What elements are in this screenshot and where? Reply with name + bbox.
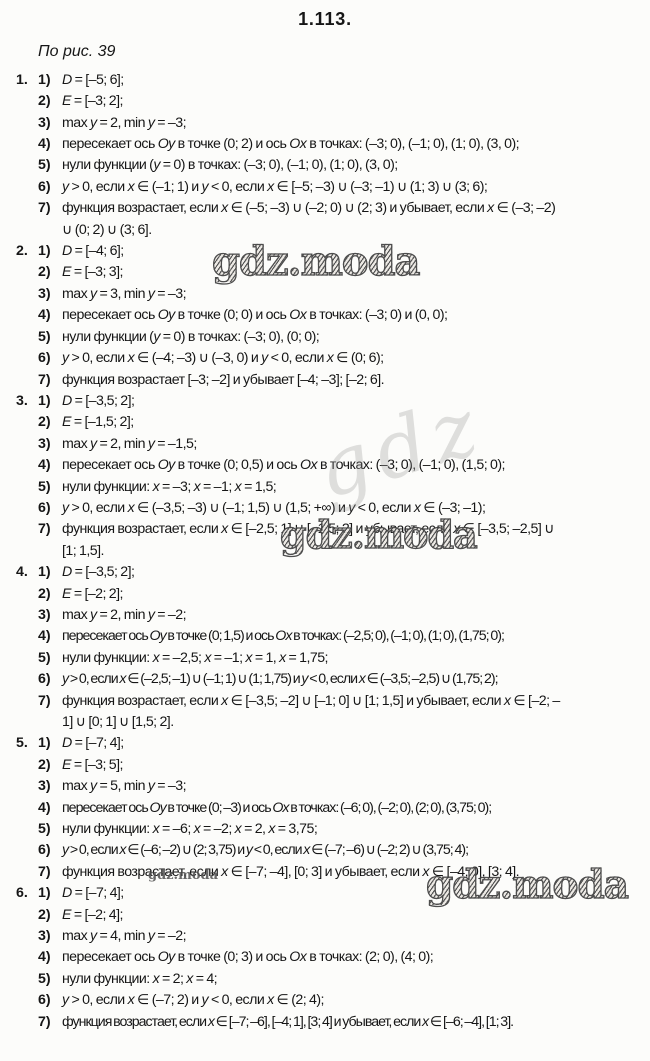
figure-reference: По рис. 39 — [38, 41, 650, 62]
item-text: y > 0, если x ∈ (–6; –2) ∪ (2; 3,75) и y… — [62, 842, 468, 858]
solution-item: 2)E = [–2; 2]; — [62, 584, 642, 605]
item-label: 3) — [38, 434, 51, 455]
exercise-number: 1.113. — [0, 0, 650, 30]
solution-item: 7)функция возрастает, если x ∈ (–5; –3) … — [62, 198, 567, 241]
item-text: E = [–3; 2]; — [62, 93, 123, 109]
item-text: пересекает ось Oy в точке (0; 3) и ось O… — [62, 949, 433, 965]
solution-item: 5)нули функции: x = –2,5; x = –1; x = 1,… — [62, 648, 642, 669]
problem-number: 5. — [16, 733, 28, 754]
solution-item: 4)пересекает ось Oy в точке (0; 0) и ось… — [62, 305, 642, 326]
item-label: 2) — [38, 412, 51, 433]
solution-item: 1)D = [–3,5; 2]; — [62, 562, 642, 583]
item-label: 6) — [38, 177, 51, 198]
solution-item: 7)функция возрастает, если x ∈ [–3,5; –2… — [62, 691, 567, 734]
problem-number: 6. — [16, 883, 28, 904]
item-label: 5) — [38, 327, 51, 348]
problem-number: 2. — [16, 241, 28, 262]
textbook-solution-page: 1.113. По рис. 39 1. 1)D = [–5; 6]; 2)E … — [0, 0, 650, 1061]
item-label: 6) — [38, 669, 51, 690]
item-label: 5) — [38, 819, 51, 840]
item-text: E = [–3; 5]; — [62, 757, 123, 773]
problem-number: 3. — [16, 391, 28, 412]
item-label: 4) — [38, 947, 51, 968]
item-text: max y = 2, min y = –1,5; — [62, 436, 197, 452]
solution-item: 1)D = [–3,5; 2]; — [62, 391, 642, 412]
problem-4: 4. 1)D = [–3,5; 2]; 2)E = [–2; 2]; 3)max… — [0, 562, 650, 733]
solution-item: 3)max y = 5, min y = –3; — [62, 776, 642, 797]
item-label: 1) — [38, 562, 51, 583]
solution-item: 7)функция возрастает [–3; –2] и убывает … — [62, 370, 642, 391]
item-text: max y = 5, min y = –3; — [62, 778, 186, 794]
item-label: 3) — [38, 113, 51, 134]
watermark-gdz-moda-bottom: gdz.moda — [426, 866, 628, 905]
solution-item: 3)max y = 2, min y = –2; — [62, 605, 642, 626]
solution-item: 3)max y = 2, min y = –3; — [62, 113, 642, 134]
item-text: пересекает ось Oy в точке (0; –3) и ось … — [62, 800, 491, 816]
item-text: D = [–7; 4]; — [62, 885, 124, 901]
item-label: 6) — [38, 840, 51, 861]
problem-1: 1. 1)D = [–5; 6]; 2)E = [–3; 2]; 3)max y… — [0, 70, 650, 241]
item-text: функция возрастает, если x ∈ [–3,5; –2] … — [62, 693, 560, 730]
solution-item: 6)y > 0, если x ∈ (–1; 1) и y < 0, если … — [62, 177, 642, 198]
item-text: max y = 2, min y = –2; — [62, 607, 186, 623]
item-text: пересекает ось Oy в точке (0; 2) и ось O… — [62, 136, 519, 152]
solution-item: 4)пересекает ось Oy в точке (0; 1,5) и о… — [62, 626, 642, 647]
item-label: 4) — [38, 626, 51, 647]
item-label: 4) — [38, 455, 51, 476]
item-text: функция возрастает [–3; –2] и убывает [–… — [62, 372, 384, 388]
item-text: E = [–2; 4]; — [62, 907, 123, 923]
item-text: D = [–4; 6]; — [62, 243, 124, 259]
solution-item: 6)y > 0, если x ∈ (–7; 2) и y < 0, если … — [62, 990, 642, 1011]
solution-item: 3)max y = 3, min y = –3; — [62, 284, 642, 305]
item-text: max y = 3, min y = –3; — [62, 286, 186, 302]
watermark-gdz-moda-middle: gdz.moda — [280, 516, 477, 554]
item-text: нули функции (y = 0) в точках: (–3; 0), … — [62, 329, 319, 345]
item-text: max y = 2, min y = –3; — [62, 115, 186, 131]
item-label: 7) — [38, 691, 51, 712]
item-label: 4) — [38, 134, 51, 155]
solution-item: 3)max y = 4, min y = –2; — [62, 926, 642, 947]
solution-item: 2)E = [–3; 5]; — [62, 755, 642, 776]
solution-item: 6)y > 0, если x ∈ (–2,5; –1) ∪ (–1; 1) ∪… — [62, 669, 642, 690]
item-text: нули функции: x = –2,5; x = –1; x = 1, x… — [62, 650, 328, 666]
item-label: 5) — [38, 477, 51, 498]
problem-number: 1. — [16, 70, 28, 91]
solution-item: 5)нули функции: x = 2; x = 4; — [62, 969, 642, 990]
item-label: 1) — [38, 241, 51, 262]
item-label: 5) — [38, 155, 51, 176]
item-text: нули функции: x = –3; x = –1; x = 1,5; — [62, 479, 276, 495]
solution-item: 5)нули функции (y = 0) в точках: (–3; 0)… — [62, 327, 642, 348]
item-text: E = [–3; 3]; — [62, 264, 123, 280]
solution-item: 1)D = [–5; 6]; — [62, 70, 642, 91]
watermark-gdz-moda-top: gdz.moda — [212, 242, 419, 282]
item-label: 2) — [38, 755, 51, 776]
item-label: 7) — [38, 198, 51, 219]
item-label: 6) — [38, 990, 51, 1011]
item-text: D = [–3,5; 2]; — [62, 393, 134, 409]
item-label: 1) — [38, 391, 51, 412]
item-label: 4) — [38, 305, 51, 326]
item-text: y > 0, если x ∈ (–4; –3) ∪ (–3, 0) и y <… — [62, 350, 384, 366]
item-label: 5) — [38, 969, 51, 990]
item-label: 5) — [38, 648, 51, 669]
watermark-gdz-moda-small: gdz.moda — [148, 869, 218, 882]
item-text: y > 0, если x ∈ (–7; 2) и y < 0, если x … — [62, 992, 324, 1008]
solution-item: 6)y > 0, если x ∈ (–6; –2) ∪ (2; 3,75) и… — [62, 840, 642, 861]
item-label: 6) — [38, 498, 51, 519]
solution-item: 4)пересекает ось Oy в точке (0; 2) и ось… — [62, 134, 642, 155]
solution-item: 5)нули функции: x = –6; x = –2; x = 2, x… — [62, 819, 642, 840]
problem-5: 5. 1)D = [–7; 4]; 2)E = [–3; 5]; 3)max y… — [0, 733, 650, 883]
item-label: 2) — [38, 262, 51, 283]
item-text: D = [–5; 6]; — [62, 72, 124, 88]
item-text: E = [–2; 2]; — [62, 586, 123, 602]
item-text: функция возрастает, если x ∈ [–7; –6], [… — [62, 1014, 513, 1030]
solution-item: 4)пересекает ось Oy в точке (0; –3) и ос… — [62, 798, 642, 819]
item-label: 1) — [38, 883, 51, 904]
item-label: 6) — [38, 348, 51, 369]
item-label: 2) — [38, 905, 51, 926]
item-text: E = [–1,5; 2]; — [62, 414, 134, 430]
item-text: пересекает ось Oy в точке (0; 1,5) и ось… — [62, 628, 504, 644]
item-label: 3) — [38, 284, 51, 305]
solution-item: 7)функция возрастает, если x ∈ [–7; –6],… — [62, 1012, 642, 1033]
item-label: 3) — [38, 926, 51, 947]
item-text: нули функции (y = 0) в точках: (–3; 0), … — [62, 157, 398, 173]
item-text: D = [–3,5; 2]; — [62, 564, 134, 580]
problem-number: 4. — [16, 562, 28, 583]
item-label: 1) — [38, 733, 51, 754]
solution-item: 1)D = [–7; 4]; — [62, 733, 642, 754]
item-label: 2) — [38, 584, 51, 605]
item-label: 7) — [38, 370, 51, 391]
solution-item: 4)пересекает ось Oy в точке (0; 3) и ось… — [62, 947, 642, 968]
item-text: нули функции: x = 2; x = 4; — [62, 971, 217, 987]
item-label: 3) — [38, 776, 51, 797]
item-text: y > 0, если x ∈ (–2,5; –1) ∪ (–1; 1) ∪ (… — [62, 671, 498, 687]
item-text: нули функции: x = –6; x = –2; x = 2, x =… — [62, 821, 317, 837]
solution-item: 2)E = [–3; 2]; — [62, 91, 642, 112]
item-text: y > 0, если x ∈ (–1; 1) и y < 0, если x … — [62, 179, 487, 195]
item-label: 3) — [38, 605, 51, 626]
item-text: функция возрастает, если x ∈ (–5; –3) ∪ … — [62, 200, 555, 237]
solution-item: 6)y > 0, если x ∈ (–4; –3) ∪ (–3, 0) и y… — [62, 348, 642, 369]
item-label: 7) — [38, 1012, 51, 1033]
item-text: пересекает ось Oy в точке (0; 0) и ось O… — [62, 307, 447, 323]
item-label: 4) — [38, 798, 51, 819]
item-text: max y = 4, min y = –2; — [62, 928, 186, 944]
item-label: 2) — [38, 91, 51, 112]
item-label: 1) — [38, 70, 51, 91]
item-text: D = [–7; 4]; — [62, 735, 124, 751]
solution-item: 5)нули функции (y = 0) в точках: (–3; 0)… — [62, 155, 642, 176]
item-label: 7) — [38, 519, 51, 540]
item-label: 7) — [38, 862, 51, 883]
